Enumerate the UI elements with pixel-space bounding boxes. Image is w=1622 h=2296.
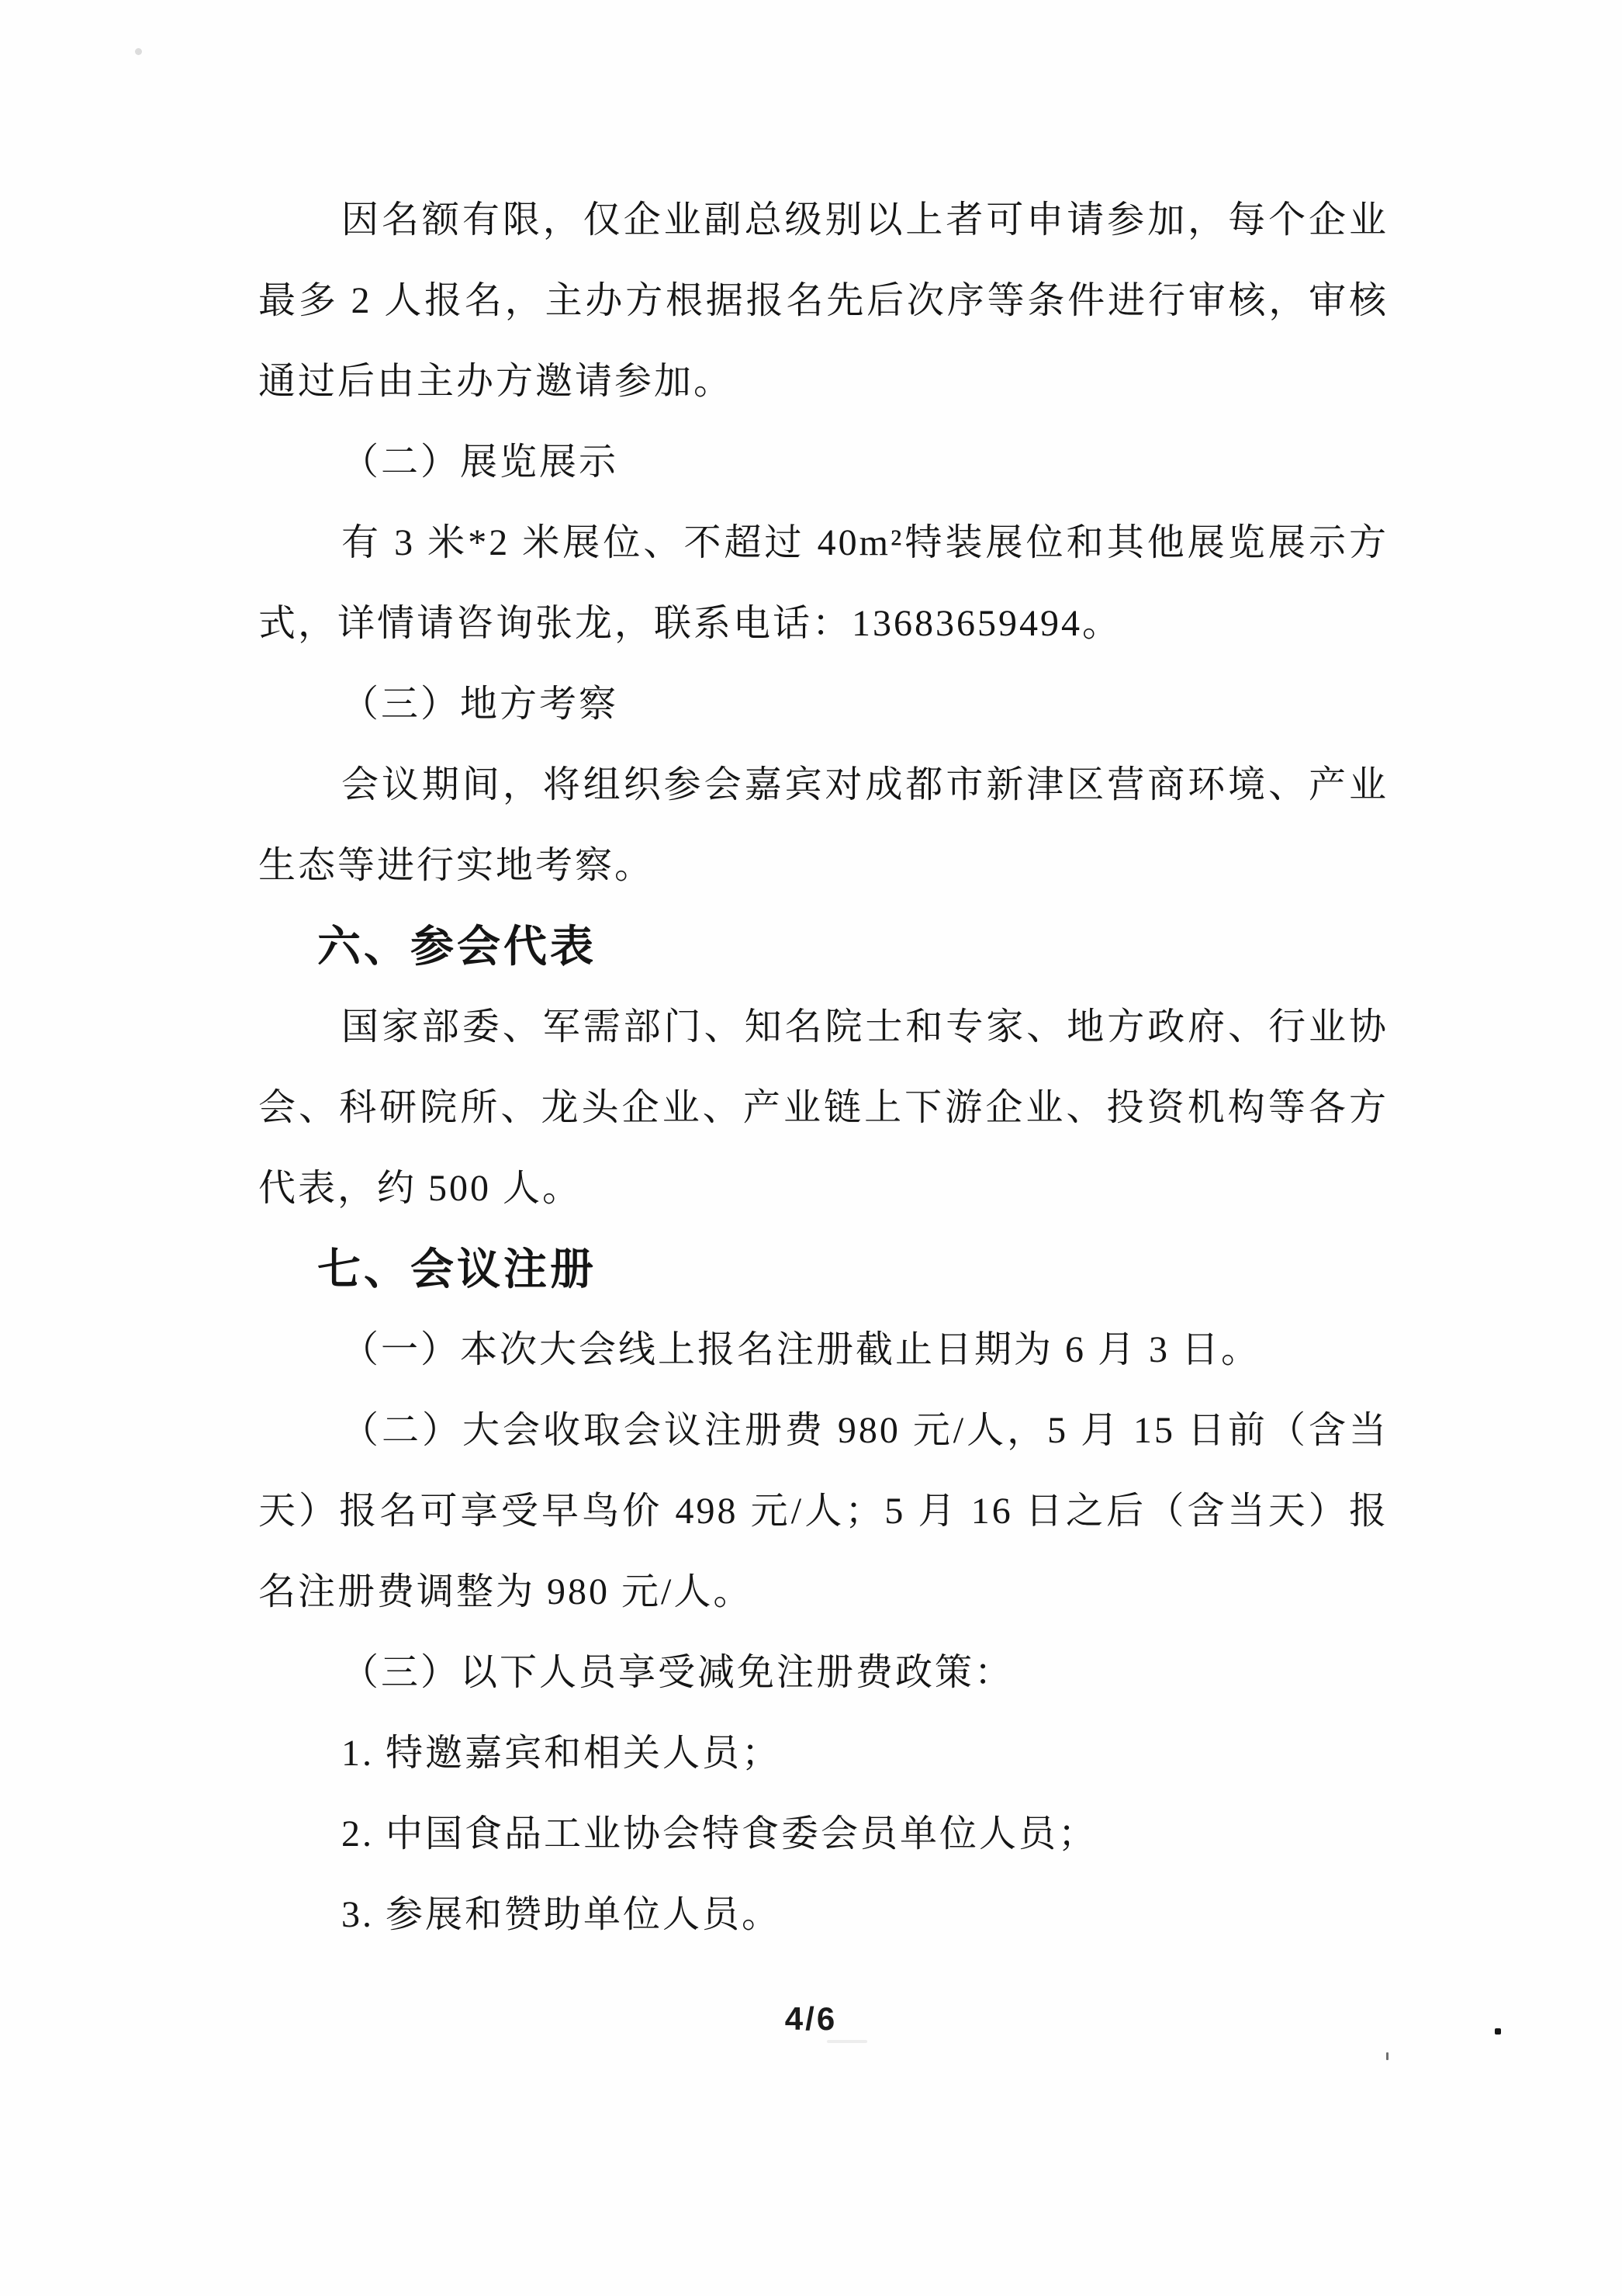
- page-number: 4/6: [0, 1999, 1622, 2039]
- text-line: 名注册费调整为 980 元/人。: [258, 1552, 1389, 1633]
- section-heading-delegates: 六、参会代表: [258, 906, 1389, 987]
- document-page: 因名额有限，仅企业副总级别以上者可申请参加，每个企业 最多 2 人报名，主办方根…: [0, 0, 1622, 2296]
- text-line: （一）本次大会线上报名注册截止日期为 6 月 3 日。: [258, 1310, 1389, 1390]
- text-line: 有 3 米*2 米展位、不超过 40m²特装展位和其他展览展示方: [258, 503, 1389, 584]
- text-line: 会、科研院所、龙头企业、产业链上下游企业、投资机构等各方: [258, 1068, 1389, 1148]
- text-line: 代表，约 500 人。: [258, 1148, 1389, 1229]
- list-item: 2. 中国食品工业协会特食委会员单位人员；: [258, 1794, 1389, 1875]
- subheading-exhibition: （二）展览展示: [258, 422, 1389, 503]
- scan-speck: [135, 48, 142, 55]
- text-line: 因名额有限，仅企业副总级别以上者可申请参加，每个企业: [258, 180, 1389, 261]
- section-heading-registration: 七、会议注册: [258, 1229, 1389, 1310]
- subheading-fee-waiver: （三）以下人员享受减免注册费政策：: [258, 1633, 1389, 1713]
- text-line: 生态等进行实地考察。: [258, 826, 1389, 906]
- scan-smudge: [827, 2040, 867, 2043]
- text-line: 式，详情请咨询张龙，联系电话：13683659494。: [258, 584, 1389, 664]
- text-line: 国家部委、军需部门、知名院士和专家、地方政府、行业协: [258, 987, 1389, 1068]
- text-line: 最多 2 人报名，主办方根据报名先后次序等条件进行审核，审核: [258, 261, 1389, 341]
- list-item: 3. 参展和赞助单位人员。: [258, 1875, 1389, 1955]
- text-line: 通过后由主办方邀请参加。: [258, 341, 1389, 422]
- scan-speck: [1386, 2052, 1389, 2060]
- list-item: 1. 特邀嘉宾和相关人员；: [258, 1713, 1389, 1794]
- document-body: 因名额有限，仅企业副总级别以上者可申请参加，每个企业 最多 2 人报名，主办方根…: [258, 180, 1389, 1955]
- subheading-local-visit: （三）地方考察: [258, 664, 1389, 745]
- text-line: 天）报名可享受早鸟价 498 元/人；5 月 16 日之后（含当天）报: [258, 1471, 1389, 1552]
- text-line: （二）大会收取会议注册费 980 元/人，5 月 15 日前（含当: [258, 1390, 1389, 1471]
- text-line: 会议期间，将组织参会嘉宾对成都市新津区营商环境、产业: [258, 745, 1389, 826]
- scan-speck: [1495, 2028, 1501, 2035]
